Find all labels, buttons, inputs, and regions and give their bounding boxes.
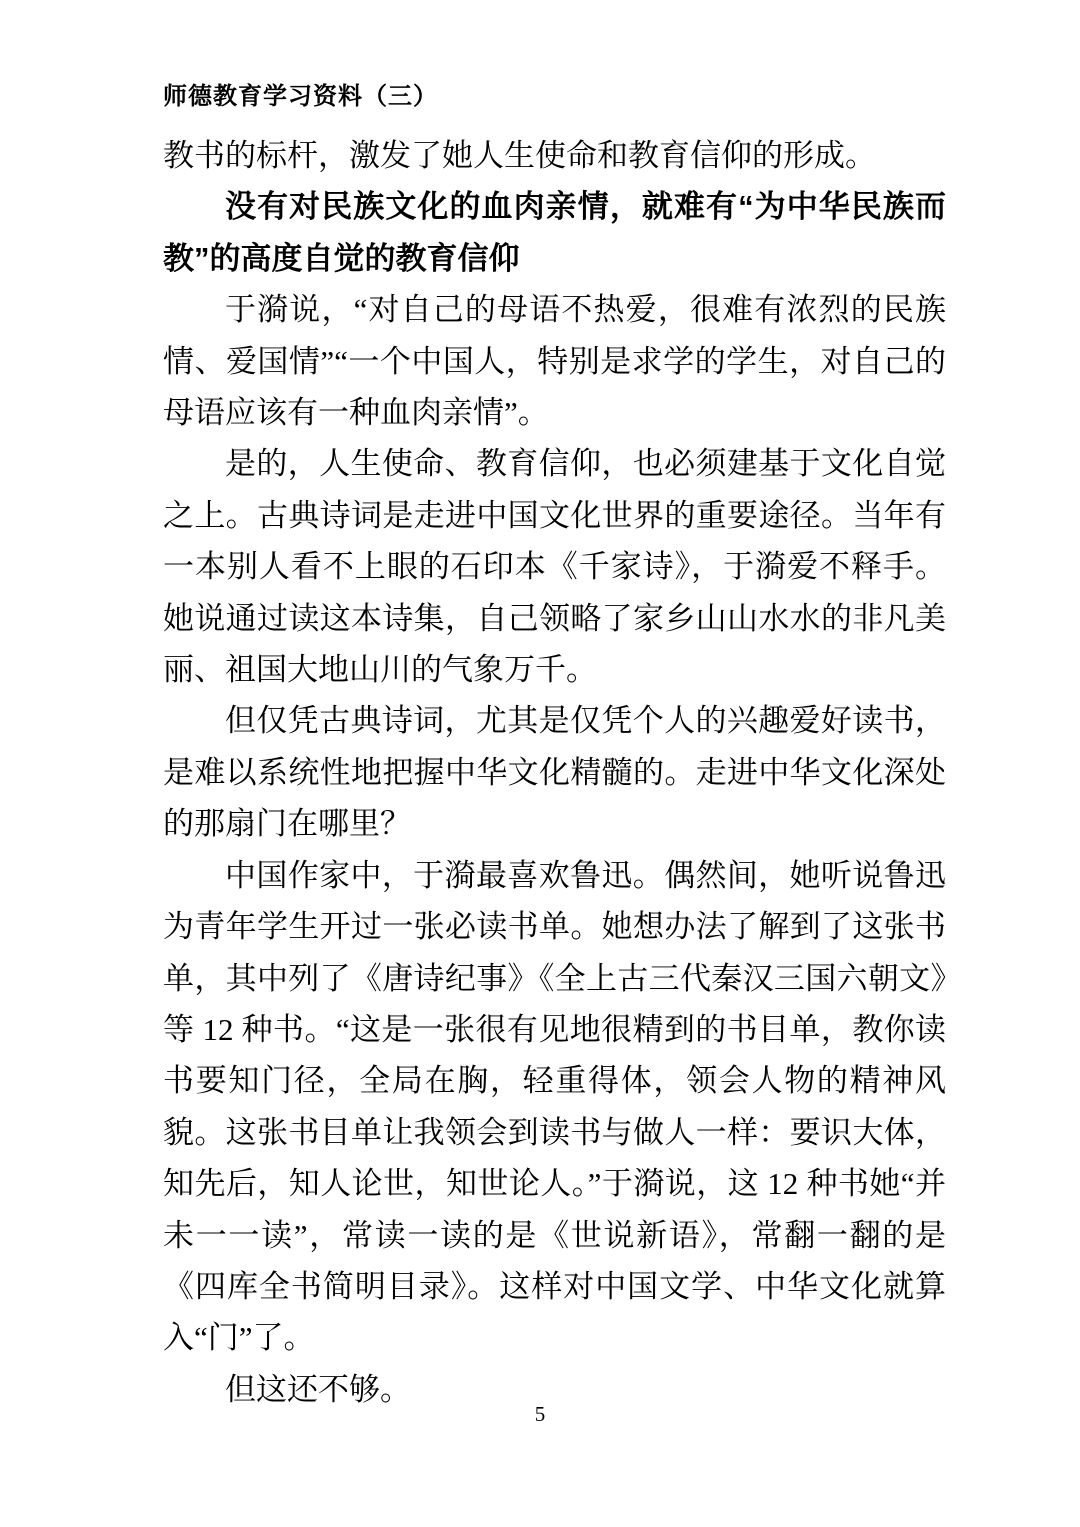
paragraph: 是的，人生使命、教育信仰，也必须建基于文化自觉之上。古典诗词是走进中国文化世界的… (163, 438, 946, 695)
document-header-title: 师德教育学习资料（三） (163, 76, 438, 111)
paragraph: 于漪说，“对自己的母语不热爱，很难有浓烈的民族情、爱国情”“一个中国人，特别是求… (163, 284, 946, 438)
document-body: 教书的标杆，激发了她人生使命和教育信仰的形成。 没有对民族文化的血肉亲情，就难有… (163, 130, 946, 1415)
paragraph: 中国作家中，于漪最喜欢鲁迅。偶然间，她听说鲁迅为青年学生开过一张必读书单。她想办… (163, 850, 946, 1364)
paragraph: 但仅凭古典诗词，尤其是仅凭个人的兴趣爱好读书，是难以系统性地把握中华文化精髓的。… (163, 695, 946, 849)
page-number: 5 (0, 1402, 1080, 1427)
document-page: 师德教育学习资料（三） 教书的标杆，激发了她人生使命和教育信仰的形成。 没有对民… (0, 0, 1080, 1527)
section-heading: 没有对民族文化的血肉亲情，就难有“为中华民族而教”的高度自觉的教育信仰 (163, 181, 946, 284)
paragraph-continuation: 教书的标杆，激发了她人生使命和教育信仰的形成。 (163, 130, 946, 181)
